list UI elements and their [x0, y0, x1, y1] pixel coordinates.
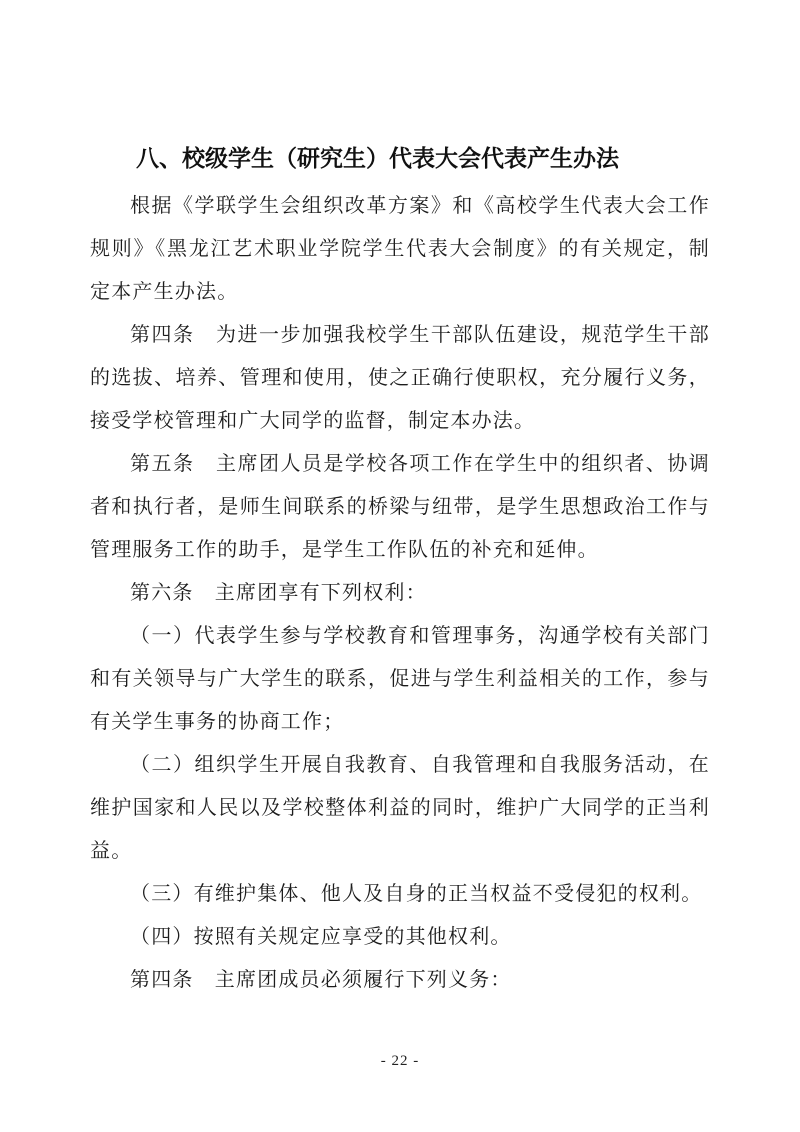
paragraph-item-3: （三）有维护集体、他人及自身的正当权益不受侵犯的权利。: [90, 873, 710, 916]
paragraph-item-4: （四）按照有关规定应享受的其他权利。: [90, 916, 710, 959]
paragraph-article-4b: 第四条 主席团成员必须履行下列义务：: [90, 959, 710, 1002]
paragraph-article-4: 第四条 为进一步加强我校学生干部队伍建设，规范学生干部的选拔、培养、管理和使用，…: [90, 314, 710, 443]
page-number: - 22 -: [0, 1053, 800, 1070]
document-page: 八、校级学生（研究生）代表大会代表产生办法 根据《学联学生会组织改革方案》和《高…: [0, 0, 800, 1132]
paragraph-article-5: 第五条 主席团人员是学校各项工作在学生中的组织者、协调者和执行者，是师生间联系的…: [90, 443, 710, 572]
paragraph-article-6: 第六条 主席团享有下列权利：: [90, 572, 710, 615]
document-body: 八、校级学生（研究生）代表大会代表产生办法 根据《学联学生会组织改革方案》和《高…: [90, 142, 710, 1002]
paragraph-intro: 根据《学联学生会组织改革方案》和《高校学生代表大会工作规则》《黑龙江艺术职业学院…: [90, 185, 710, 314]
paragraph-item-2: （二）组织学生开展自我教育、自我管理和自我服务活动，在维护国家和人民以及学校整体…: [90, 744, 710, 873]
document-title: 八、校级学生（研究生）代表大会代表产生办法: [90, 142, 710, 174]
paragraph-item-1: （一）代表学生参与学校教育和管理事务，沟通学校有关部门和有关领导与广大学生的联系…: [90, 615, 710, 744]
